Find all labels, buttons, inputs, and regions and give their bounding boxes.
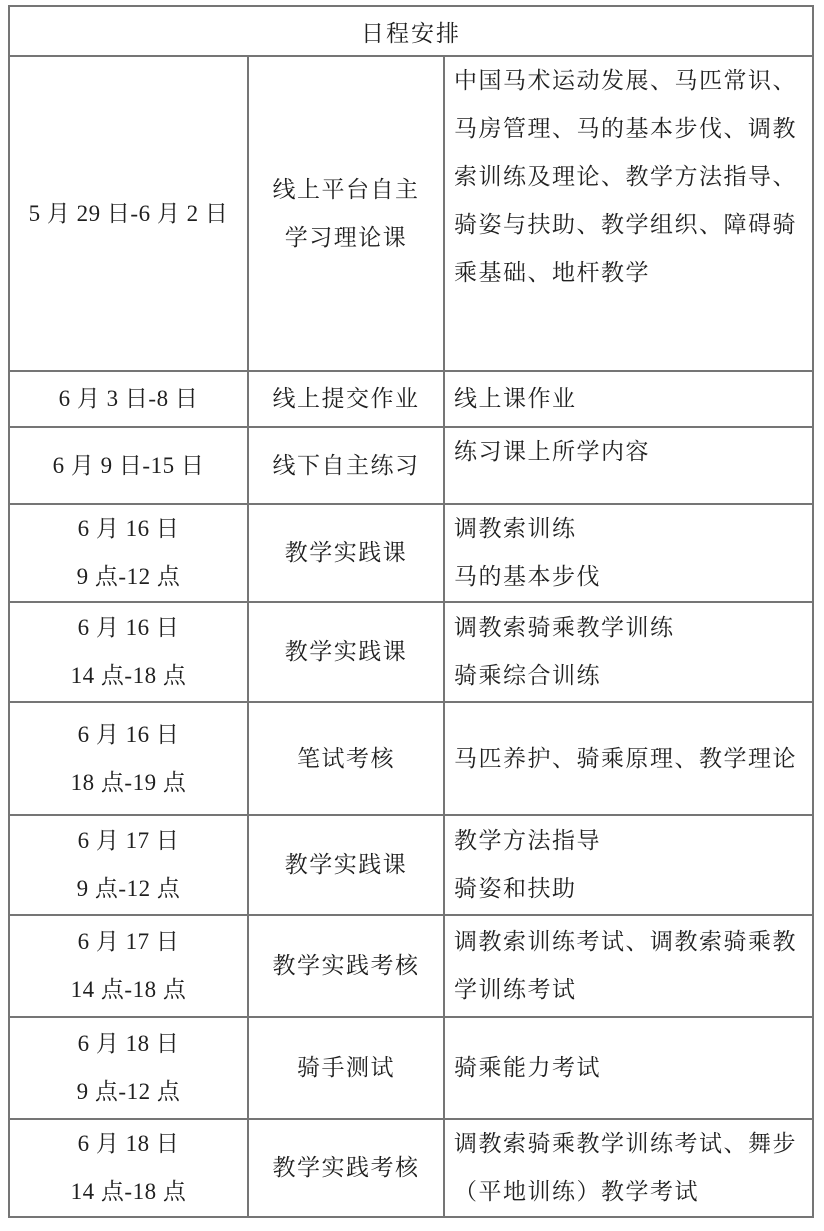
date-cell-line: 6 月 16 日 — [10, 604, 247, 652]
content-cell-line: 调教索骑乘教学训练考试、舞步 — [454, 1120, 808, 1168]
content-cell-line: 练习课上所学内容 — [454, 428, 808, 476]
content-cell-line: 调教索骑乘教学训练 — [454, 604, 808, 652]
table-row: 6 月 18 日9 点-12 点骑手测试骑乘能力考试 — [9, 1017, 813, 1119]
date-cell-line: 6 月 9 日-15 日 — [10, 442, 247, 490]
content-cell-line: 乘基础、地杆教学 — [454, 249, 808, 297]
course-cell-line: 线下自主练习 — [249, 442, 443, 490]
content-cell: 中国马术运动发展、马匹常识、马房管理、马的基本步伐、调教索训练及理论、教学方法指… — [444, 56, 813, 371]
content-cell-line: （平地训练）教学考试 — [454, 1168, 808, 1216]
date-cell-line: 6 月 18 日 — [10, 1120, 247, 1168]
content-cell-line: 骑姿和扶助 — [454, 865, 808, 913]
course-cell-line: 教学实践课 — [249, 841, 443, 889]
date-cell: 6 月 17 日9 点-12 点 — [9, 815, 248, 915]
table-row: 6 月 16 日14 点-18 点教学实践课调教索骑乘教学训练骑乘综合训练 — [9, 602, 813, 702]
content-cell: 线上课作业 — [444, 371, 813, 427]
content-cell: 马匹养护、骑乘原理、教学理论 — [444, 702, 813, 815]
course-cell-line: 线上平台自主 — [249, 166, 443, 214]
date-cell: 6 月 9 日-15 日 — [9, 427, 248, 504]
date-cell: 6 月 16 日18 点-19 点 — [9, 702, 248, 815]
table-row: 6 月 16 日9 点-12 点教学实践课调教索训练马的基本步伐 — [9, 504, 813, 602]
date-cell-line: 6 月 18 日 — [10, 1020, 247, 1068]
table-row: 5 月 29 日-6 月 2 日线上平台自主学习理论课中国马术运动发展、马匹常识… — [9, 56, 813, 371]
table-header-row: 日程安排 — [9, 6, 813, 56]
table-row: 6 月 17 日9 点-12 点教学实践课教学方法指导骑姿和扶助 — [9, 815, 813, 915]
course-cell-line: 教学实践考核 — [249, 942, 443, 990]
table-title: 日程安排 — [9, 6, 813, 56]
content-cell: 骑乘能力考试 — [444, 1017, 813, 1119]
date-cell: 5 月 29 日-6 月 2 日 — [9, 56, 248, 371]
content-cell: 调教索骑乘教学训练骑乘综合训练 — [444, 602, 813, 702]
date-cell: 6 月 18 日9 点-12 点 — [9, 1017, 248, 1119]
content-cell: 调教索训练考试、调教索骑乘教学训练考试 — [444, 915, 813, 1017]
content-cell-line: 骑姿与扶助、教学组织、障碍骑 — [454, 201, 808, 249]
content-cell-line: 马匹养护、骑乘原理、教学理论 — [454, 735, 808, 783]
course-cell: 线上提交作业 — [248, 371, 444, 427]
date-cell-line: 14 点-18 点 — [10, 652, 247, 700]
date-cell-line: 18 点-19 点 — [10, 759, 247, 807]
schedule-table: 日程安排 5 月 29 日-6 月 2 日线上平台自主学习理论课中国马术运动发展… — [8, 5, 814, 1218]
table-row: 6 月 3 日-8 日线上提交作业线上课作业 — [9, 371, 813, 427]
course-cell: 骑手测试 — [248, 1017, 444, 1119]
date-cell: 6 月 17 日14 点-18 点 — [9, 915, 248, 1017]
date-cell-line: 9 点-12 点 — [10, 1068, 247, 1116]
course-cell-line: 教学实践课 — [249, 628, 443, 676]
course-cell-line: 教学实践考核 — [249, 1144, 443, 1192]
date-cell-line: 6 月 17 日 — [10, 817, 247, 865]
course-cell: 线下自主练习 — [248, 427, 444, 504]
date-cell-line: 5 月 29 日-6 月 2 日 — [10, 190, 247, 238]
content-cell-line: 索训练及理论、教学方法指导、 — [454, 153, 808, 201]
content-cell-line: 中国马术运动发展、马匹常识、 — [454, 57, 808, 105]
schedule-rows: 5 月 29 日-6 月 2 日线上平台自主学习理论课中国马术运动发展、马匹常识… — [9, 56, 813, 1217]
content-cell-line: 马的基本步伐 — [454, 553, 808, 601]
content-cell-line: 学训练考试 — [454, 966, 808, 1014]
date-cell-line: 9 点-12 点 — [10, 865, 247, 913]
content-cell: 调教索骑乘教学训练考试、舞步（平地训练）教学考试 — [444, 1119, 813, 1217]
content-cell: 教学方法指导骑姿和扶助 — [444, 815, 813, 915]
date-cell-line: 14 点-18 点 — [10, 966, 247, 1014]
date-cell-line: 6 月 16 日 — [10, 711, 247, 759]
content-cell-line: 调教索训练 — [454, 505, 808, 553]
course-cell: 笔试考核 — [248, 702, 444, 815]
content-cell: 练习课上所学内容 — [444, 427, 813, 504]
date-cell: 6 月 16 日14 点-18 点 — [9, 602, 248, 702]
content-cell-line: 线上课作业 — [454, 375, 808, 423]
course-cell-line: 线上提交作业 — [249, 375, 443, 423]
course-cell-line: 笔试考核 — [249, 735, 443, 783]
course-cell: 教学实践课 — [248, 504, 444, 602]
course-cell: 教学实践考核 — [248, 1119, 444, 1217]
date-cell-line: 9 点-12 点 — [10, 553, 247, 601]
date-cell-line: 6 月 17 日 — [10, 918, 247, 966]
course-cell-line: 教学实践课 — [249, 529, 443, 577]
content-cell-line: 骑乘能力考试 — [454, 1044, 808, 1092]
course-cell: 教学实践课 — [248, 602, 444, 702]
date-cell: 6 月 3 日-8 日 — [9, 371, 248, 427]
table-row: 6 月 9 日-15 日线下自主练习练习课上所学内容 — [9, 427, 813, 504]
date-cell: 6 月 16 日9 点-12 点 — [9, 504, 248, 602]
course-cell: 线上平台自主学习理论课 — [248, 56, 444, 371]
course-cell: 教学实践课 — [248, 815, 444, 915]
content-cell-line: 教学方法指导 — [454, 817, 808, 865]
date-cell-line: 6 月 16 日 — [10, 505, 247, 553]
date-cell: 6 月 18 日14 点-18 点 — [9, 1119, 248, 1217]
course-cell: 教学实践考核 — [248, 915, 444, 1017]
date-cell-line: 6 月 3 日-8 日 — [10, 375, 247, 423]
content-cell-line: 马房管理、马的基本步伐、调教 — [454, 105, 808, 153]
date-cell-line: 14 点-18 点 — [10, 1168, 247, 1216]
content-cell-line: 调教索训练考试、调教索骑乘教 — [454, 918, 808, 966]
content-cell-line: 骑乘综合训练 — [454, 652, 808, 700]
content-cell: 调教索训练马的基本步伐 — [444, 504, 813, 602]
table-row: 6 月 17 日14 点-18 点教学实践考核调教索训练考试、调教索骑乘教学训练… — [9, 915, 813, 1017]
course-cell-line: 学习理论课 — [249, 214, 443, 262]
table-row: 6 月 18 日14 点-18 点教学实践考核调教索骑乘教学训练考试、舞步（平地… — [9, 1119, 813, 1217]
schedule-sheet: 日程安排 5 月 29 日-6 月 2 日线上平台自主学习理论课中国马术运动发展… — [8, 5, 814, 1218]
course-cell-line: 骑手测试 — [249, 1044, 443, 1092]
table-row: 6 月 16 日18 点-19 点笔试考核马匹养护、骑乘原理、教学理论 — [9, 702, 813, 815]
